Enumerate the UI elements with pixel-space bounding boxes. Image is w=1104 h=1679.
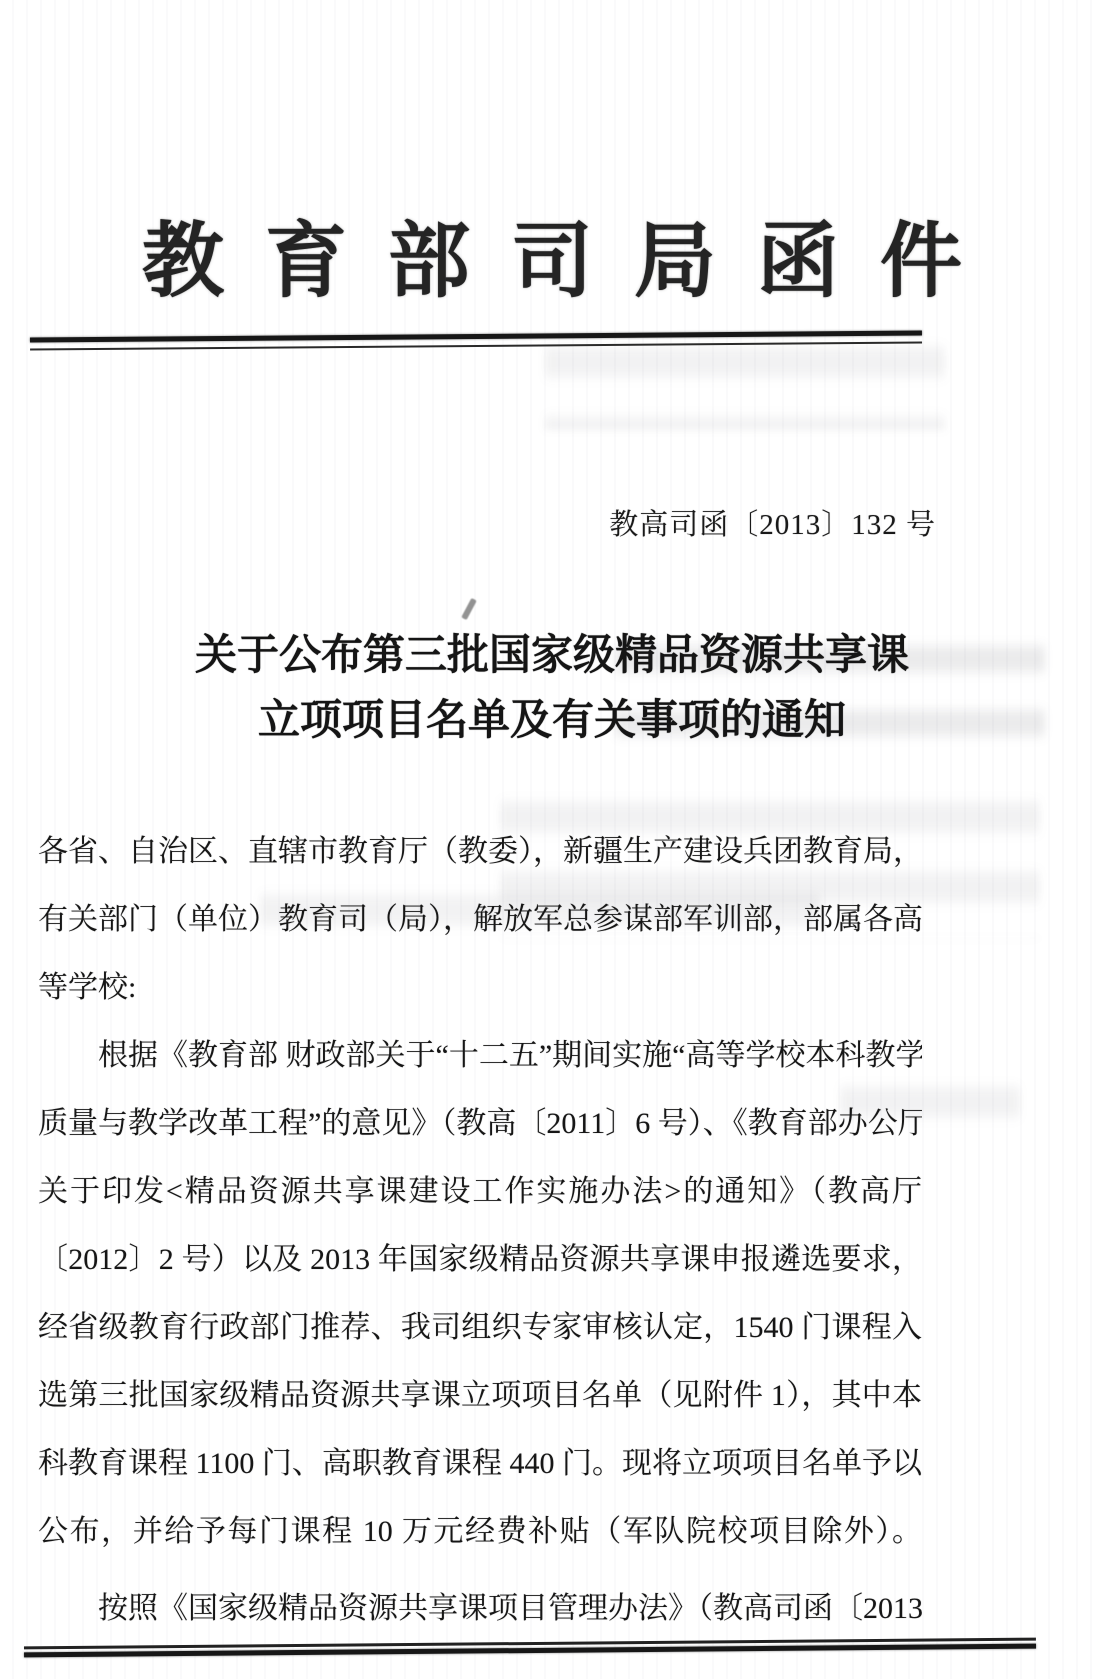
document-number: 教高司函〔2013〕132 号 (609, 502, 936, 543)
body-line: 关于印发<精品资源共享课建设工作实施办法>的通知》（教高厅 (38, 1158, 922, 1226)
body-line: 等学校: (38, 954, 922, 1022)
body-line: 〔2012〕2 号）以及 2013 年国家级精品资源共享课申报遴选要求， (38, 1226, 922, 1294)
body-line: 科教育课程 1100 门、高职教育课程 440 门。现将立项项目名单予以 (38, 1430, 922, 1498)
body-line: 选第三批国家级精品资源共享课立项项目名单（见附件 1），其中本 (38, 1362, 922, 1430)
document-title: 关于公布第三批国家级精品资源共享课 立项项目名单及有关事项的通知 (0, 624, 1104, 754)
bleed-through-artifact (545, 340, 945, 430)
document-title-line2: 立项项目名单及有关事项的通知 (0, 689, 1104, 754)
body-line: 经省级教育行政部门推荐、我司组织专家审核认定，1540 门课程入 (38, 1294, 922, 1362)
body-line: 根据《教育部 财政部关于“十二五”期间实施“高等学校本科教学 (38, 1022, 922, 1090)
rule-thick-line (30, 330, 922, 342)
header-double-rule (30, 330, 922, 350)
rule-thin-line (30, 341, 922, 350)
scan-speck (461, 598, 477, 620)
body-line: 公布，并给予每门课程 10 万元经费补贴（军队院校项目除外）。 (38, 1498, 922, 1566)
body-line: 各省、自治区、直辖市教育厅（教委），新疆生产建设兵团教育局， (38, 818, 922, 886)
body-line: 质量与教学改革工程”的意见》（教高〔2011〕6 号）、《教育部办公厅 (38, 1090, 922, 1158)
letterhead-title: 教育部司局函件 (0, 196, 1104, 313)
scanned-document-page: 教育部司局函件 教高司函〔2013〕132 号 关于公布第三批国家级精品资源共享… (0, 0, 1104, 1679)
body-line: 有关部门（单位）教育司（局），解放军总参谋部军训部，部属各高 (38, 886, 922, 954)
body-line: 按照《国家级精品资源共享课项目管理办法》（教高司函〔2013〕 (38, 1575, 922, 1643)
document-body: 各省、自治区、直辖市教育厅（教委），新疆生产建设兵团教育局， 有关部门（单位）教… (38, 818, 922, 1643)
document-title-line1: 关于公布第三批国家级精品资源共享课 (0, 624, 1104, 689)
